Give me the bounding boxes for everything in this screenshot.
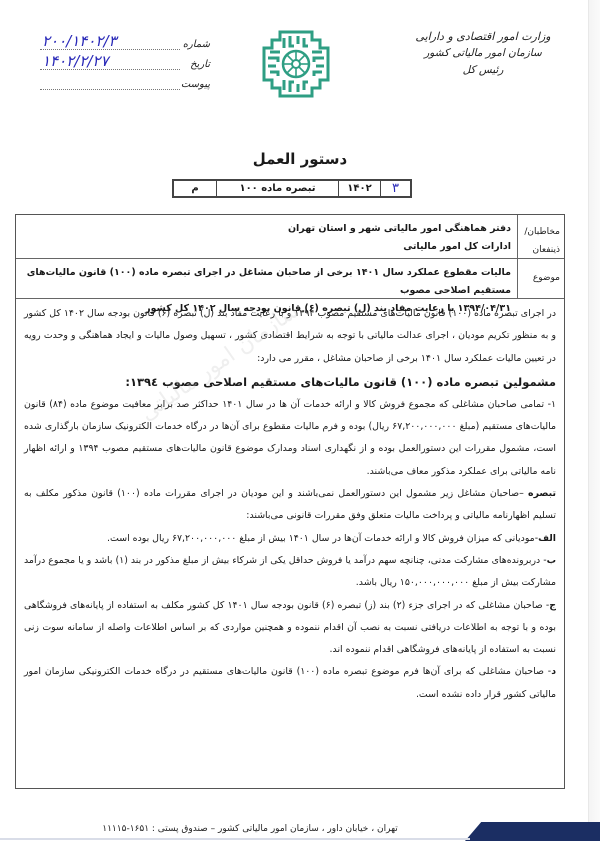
- clause-alef: الف-مودیانی که میزان فروش کالا و ارائه خ…: [24, 528, 556, 550]
- ref-code: م: [174, 181, 216, 196]
- letter-meta-block: شماره ۲۰۰/۱۴۰۲/۳ تاریخ ۱۴۰۲/۲/۲۷ پیوست: [40, 30, 210, 90]
- intro-paragraph: در اجرای تبصره ماده (۱۰۰) قانون مالیات‌ه…: [24, 303, 556, 370]
- number-label: شماره: [180, 39, 210, 50]
- page-edge-shadow: [588, 0, 600, 841]
- clause-jim-text: - صاحبان مشاغلی که در اجرای جزء (۲) بند …: [24, 600, 556, 656]
- clause-jim: ج- صاحبان مشاغلی که در اجرای جزء (۲) بند…: [24, 595, 556, 662]
- ref-year: ۱۴۰۲: [338, 181, 380, 196]
- directive-text: در اجرای تبصره ماده (۱۰۰) قانون مالیات‌ه…: [16, 299, 564, 706]
- organization-name: سازمان امور مالیاتی کشور: [408, 45, 558, 62]
- date-field: ۱۴۰۲/۲/۲۷: [40, 56, 180, 70]
- clause-dal-label: د: [551, 666, 556, 677]
- recipient-item: دفتر هماهنگی امور مالیاتی شهر و استان ته…: [22, 220, 511, 238]
- subject-row: موضوع مالیات مقطوع عملکرد سال ۱۴۰۱ برخی …: [16, 259, 564, 299]
- subject-label: موضوع: [517, 259, 564, 298]
- letter-date-value: ۱۴۰۲/۲/۲۷: [42, 52, 109, 70]
- ref-sequence-number: ۳: [380, 181, 410, 196]
- footer-color-band: [465, 822, 600, 841]
- note-paragraph: تبصره –صاحبان مشاغل زیر مشمول این دستورا…: [24, 483, 556, 528]
- clause-be-label: ب: [547, 555, 556, 566]
- footer-divider: [0, 838, 470, 840]
- attachment-field: [40, 76, 180, 90]
- section-heading: مشمولین تبصره ماده (۱۰۰) قانون مالیات‌ها…: [24, 370, 556, 394]
- clause-jim-label: ج: [549, 600, 556, 611]
- reference-table: ۳ ۱۴۰۲ تبصره ماده ۱۰۰ م: [172, 179, 412, 198]
- attachment-row: پیوست: [40, 70, 210, 90]
- attachment-label: پیوست: [180, 79, 210, 90]
- letter-number-row: شماره ۲۰۰/۱۴۰۲/۳: [40, 30, 210, 50]
- clause-1: ۱- تمامی صاحبان مشاغلی که مجموع فروش کال…: [24, 394, 556, 483]
- letter-date-row: تاریخ ۱۴۰۲/۲/۲۷: [40, 50, 210, 70]
- clause-be-text: - دربرونده‌های مشارکت مدنی، چنانچه سهم د…: [24, 555, 556, 588]
- clause-dal: د- صاحبان مشاغلی که برای آن‌ها فرم موضوع…: [24, 661, 556, 706]
- tax-organization-logo-icon: [262, 30, 330, 98]
- recipients-content: دفتر هماهنگی امور مالیاتی شهر و استان ته…: [16, 215, 517, 258]
- note-text: –صاحبان مشاغل زیر مشمول این دستورالعمل ن…: [24, 488, 556, 521]
- footer-address: تهران ، خیابان داور ، سازمان امور مالیات…: [70, 824, 430, 834]
- directive-body-box: مخاطبان/ ذینفعان دفتر هماهنگی امور مالیا…: [15, 214, 565, 789]
- subject-line: مالیات مقطوع عملکرد سال ۱۴۰۱ برخی از صاح…: [22, 264, 511, 300]
- letter-number-value: ۲۰۰/۱۴۰۲/۳: [42, 32, 117, 50]
- recipient-item: ادارات کل امور مالیاتی: [22, 238, 511, 256]
- subject-content: مالیات مقطوع عملکرد سال ۱۴۰۱ برخی از صاح…: [16, 259, 517, 298]
- office-title: رئیس کل: [408, 62, 558, 79]
- recipients-row: مخاطبان/ ذینفعان دفتر هماهنگی امور مالیا…: [16, 215, 564, 259]
- ref-topic: تبصره ماده ۱۰۰: [216, 181, 338, 196]
- clause-alef-text: -مودیانی که میزان فروش کالا و ارائه خدما…: [107, 533, 538, 544]
- clause-dal-text: - صاحبان مشاغلی که برای آن‌ها فرم موضوع …: [24, 666, 556, 699]
- number-field: ۲۰۰/۱۴۰۲/۳: [40, 36, 180, 50]
- note-label: تبصره: [528, 488, 556, 499]
- ministry-letterhead: وزارت امور اقتصادی و دارایی سازمان امور …: [408, 28, 558, 79]
- recipients-label: مخاطبان/ ذینفعان: [517, 215, 564, 258]
- clause-be: ب- دربرونده‌های مشارکت مدنی، چنانچه سهم …: [24, 550, 556, 595]
- document-title: دستور العمل: [0, 150, 600, 168]
- clause-alef-label: الف: [538, 533, 556, 544]
- date-label: تاریخ: [180, 59, 210, 70]
- ministry-name: وزارت امور اقتصادی و دارایی: [408, 28, 558, 45]
